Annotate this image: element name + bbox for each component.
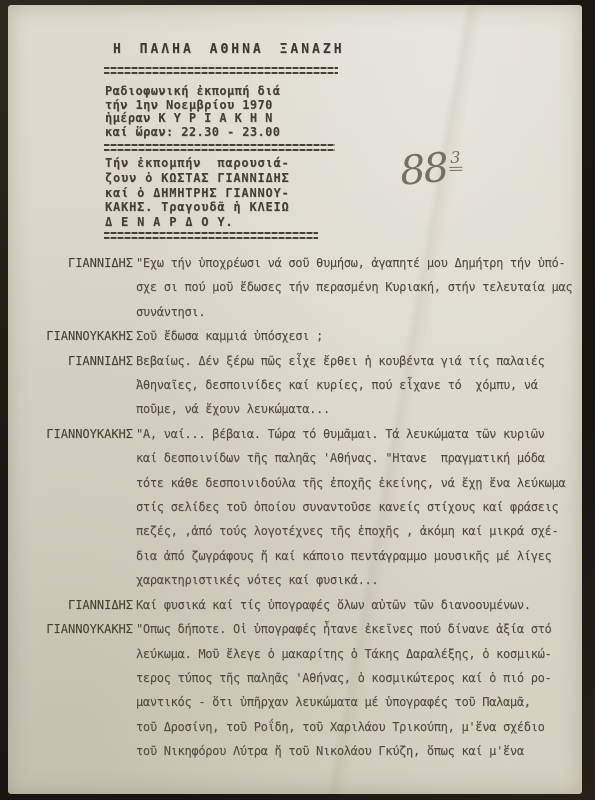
handwritten-number-text: 88 bbox=[398, 145, 449, 195]
dialogue-speech: "Εχω τήν ὑποχρέωσι νά σοῦ θυμήσω, ἀγαπητ… bbox=[136, 251, 572, 324]
text-line: Δ Ε Ν Α Ρ Δ Ο Υ. bbox=[105, 215, 290, 230]
dialogue-speaker: ΓΙΑΝΝΙΔΗΣ bbox=[44, 593, 133, 617]
presenters-block: Τήν ἐκπομπήν παρουσιά-ζουν ὁ ΚΩΣΤΑΣ ΓΙΑΝ… bbox=[105, 156, 290, 230]
dialogue-line: χαρακτηριστικές νότες καί φυσικά... bbox=[136, 568, 572, 592]
dialogue-speaker: ΓΙΑΝΝΟΥΚΑΚΗΣ bbox=[44, 617, 133, 763]
dialogue-line: Καί φυσικά καί τίς ὑπογραφές ὅλων αὐτῶν … bbox=[136, 593, 572, 617]
dialogue-line: τότε κάθε δεσποινιδούλα τῆς ἐποχῆς ἐκείν… bbox=[136, 471, 572, 495]
handwritten-page-number: 883 bbox=[398, 146, 464, 192]
dialogue-line: συνάντησι. bbox=[136, 300, 572, 324]
dialogue-speaker: ΓΙΑΝΝΙΔΗΣ bbox=[44, 251, 133, 324]
document-page: Η ΠΑΛΗΑ ΑΘΗΝΑ ΞΑΝΑΖΗ Ραδιοφωνική ἐκπομπή… bbox=[8, 5, 582, 794]
dialogue-entry: ΓΙΑΝΝΟΥΚΑΚΗΣ"Α, ναί... βέβαια. Τώρα τό θ… bbox=[44, 422, 572, 593]
dialogue-speech: Καί φυσικά καί τίς ὑπογραφές ὅλων αὐτῶν … bbox=[136, 593, 572, 617]
text-line: ζουν ὁ ΚΩΣΤΑΣ ΓΙΑΝΝΙΔΗΣ bbox=[105, 171, 290, 186]
dialogue-line: "Εχω τήν ὑποχρέωσι νά σοῦ θυμήσω, ἀγαπητ… bbox=[136, 251, 572, 275]
dialogue-line: τοῦ Δροσίνη, τοῦ Ροΐδη, τοῦ Χαριλάου Τρι… bbox=[136, 715, 572, 739]
handwritten-superscript: 3 bbox=[449, 150, 463, 171]
dialogue-entry: ΓΙΑΝΝΙΔΗΣ"Εχω τήν ὑποχρέωσι νά σοῦ θυμήσ… bbox=[44, 251, 572, 324]
broadcast-info-block: Ραδιοφωνική ἐκπομπή διάτήν 1ην Νοεμβρίου… bbox=[105, 85, 280, 139]
dialogue-line: στίς σελίδες τοῦ ὁποίου συναντοῦσε κανεί… bbox=[136, 495, 572, 519]
dialogue-line: μαντικός - ὅτι ὑπῆρχαν λευκώματα μέ ὑπογ… bbox=[136, 690, 572, 714]
dialogue-line: πεζές, ,ἀπό τούς λογοτέχνες τῆς ἐποχῆς ,… bbox=[136, 519, 572, 543]
dialogue-line: δια ἀπό ζωγράφους ἤ καί κάποιο πεντάγραμ… bbox=[136, 544, 572, 568]
text-line: τήν 1ην Νοεμβρίου 1970 bbox=[105, 99, 280, 113]
dialogue-line: Σοῦ ἔδωσα καμμιά ὑπόσχεσι ; bbox=[136, 324, 572, 348]
dialogue-entry: ΓΙΑΝΝΟΥΚΑΚΗΣΣοῦ ἔδωσα καμμιά ὑπόσχεσι ; bbox=[44, 324, 572, 348]
dialogue-line: Ἀθηναῖες, δεσποινίδες καί κυρίες, πού εἶ… bbox=[136, 373, 572, 397]
dialogue-speech: "Α, ναί... βέβαια. Τώρα τό θυμᾶμαι. Τά λ… bbox=[136, 422, 572, 593]
dialogue-speech: Βεβαίως. Δέν ξέρω πῶς εἶχε ἔρθει ἡ κουβέ… bbox=[136, 349, 572, 422]
dialogue-line: τοῦ Νικηφόρου Λύτρα ἤ τοῦ Νικολάου Γκύζη… bbox=[136, 739, 572, 763]
text-line: Τήν ἐκπομπήν παρουσιά- bbox=[105, 156, 290, 171]
text-line: ΚΑΚΗΣ. Τραγουδᾶ ἡ ΚΛΕΙΩ bbox=[105, 200, 290, 215]
text-line: ἡμέραν Κ Υ Ρ Ι Α Κ Η Ν bbox=[105, 112, 280, 126]
dialogue-speech: Σοῦ ἔδωσα καμμιά ὑπόσχεσι ; bbox=[136, 324, 572, 348]
dialogue-speaker: ΓΙΑΝΝΟΥΚΑΚΗΣ bbox=[44, 422, 133, 593]
double-rule-divider bbox=[104, 232, 318, 239]
dialogue-speaker: ΓΙΑΝΝΟΥΚΑΚΗΣ bbox=[44, 324, 133, 348]
dialogue-line: λεύκωμα. Μοῦ ἔλεγε ὁ μακαρίτης ὁ Τάκης Δ… bbox=[136, 642, 572, 666]
text-line: καί ὁ ΔΗΜΗΤΡΗΣ ΓΙΑΝΝΟΥ- bbox=[105, 186, 290, 201]
text-line: Ραδιοφωνική ἐκπομπή διά bbox=[105, 85, 280, 99]
dialogue-line: "Α, ναί... βέβαια. Τώρα τό θυμᾶμαι. Τά λ… bbox=[136, 422, 572, 446]
double-rule-divider bbox=[104, 67, 338, 74]
dialogue-line: "Οπως δήποτε. Οἱ ὑπογραφές ἦτανε ἐκεῖνες… bbox=[136, 617, 572, 641]
dialogue-script: ΓΙΑΝΝΙΔΗΣ"Εχω τήν ὑποχρέωσι νά σοῦ θυμήσ… bbox=[44, 251, 572, 764]
dialogue-line: τερος τύπος τῆς παληᾶς 'Αθήνας, ὁ κοσμικ… bbox=[136, 666, 572, 690]
dialogue-entry: ΓΙΑΝΝΙΔΗΣΚαί φυσικά καί τίς ὑπογραφές ὅλ… bbox=[44, 593, 572, 617]
dialogue-entry: ΓΙΑΝΝΙΔΗΣΒεβαίως. Δέν ξέρω πῶς εἶχε ἔρθε… bbox=[44, 349, 572, 422]
dialogue-line: Βεβαίως. Δέν ξέρω πῶς εἶχε ἔρθει ἡ κουβέ… bbox=[136, 349, 572, 373]
dialogue-line: καί δεσποινίδων τῆς παληᾶς 'Αθήνας. "Ητα… bbox=[136, 446, 572, 470]
double-rule-divider bbox=[104, 144, 335, 151]
page-title: Η ΠΑΛΗΑ ΑΘΗΝΑ ΞΑΝΑΖΗ bbox=[113, 42, 345, 57]
text-line: καί ὥραν: 22.30 - 23.00 bbox=[105, 126, 280, 140]
photo-background: Η ΠΑΛΗΑ ΑΘΗΝΑ ΞΑΝΑΖΗ Ραδιοφωνική ἐκπομπή… bbox=[0, 0, 595, 800]
dialogue-speaker: ΓΙΑΝΝΙΔΗΣ bbox=[44, 349, 133, 422]
dialogue-line: σχε σι πού μοῦ ἔδωσες τήν περασμένη Κυρι… bbox=[136, 275, 572, 299]
dialogue-speech: "Οπως δήποτε. Οἱ ὑπογραφές ἦτανε ἐκεῖνες… bbox=[136, 617, 572, 763]
dialogue-line: ποῦμε, νά ἔχουν λευκώματα... bbox=[136, 397, 572, 421]
dialogue-entry: ΓΙΑΝΝΟΥΚΑΚΗΣ"Οπως δήποτε. Οἱ ὑπογραφές ἦ… bbox=[44, 617, 572, 763]
